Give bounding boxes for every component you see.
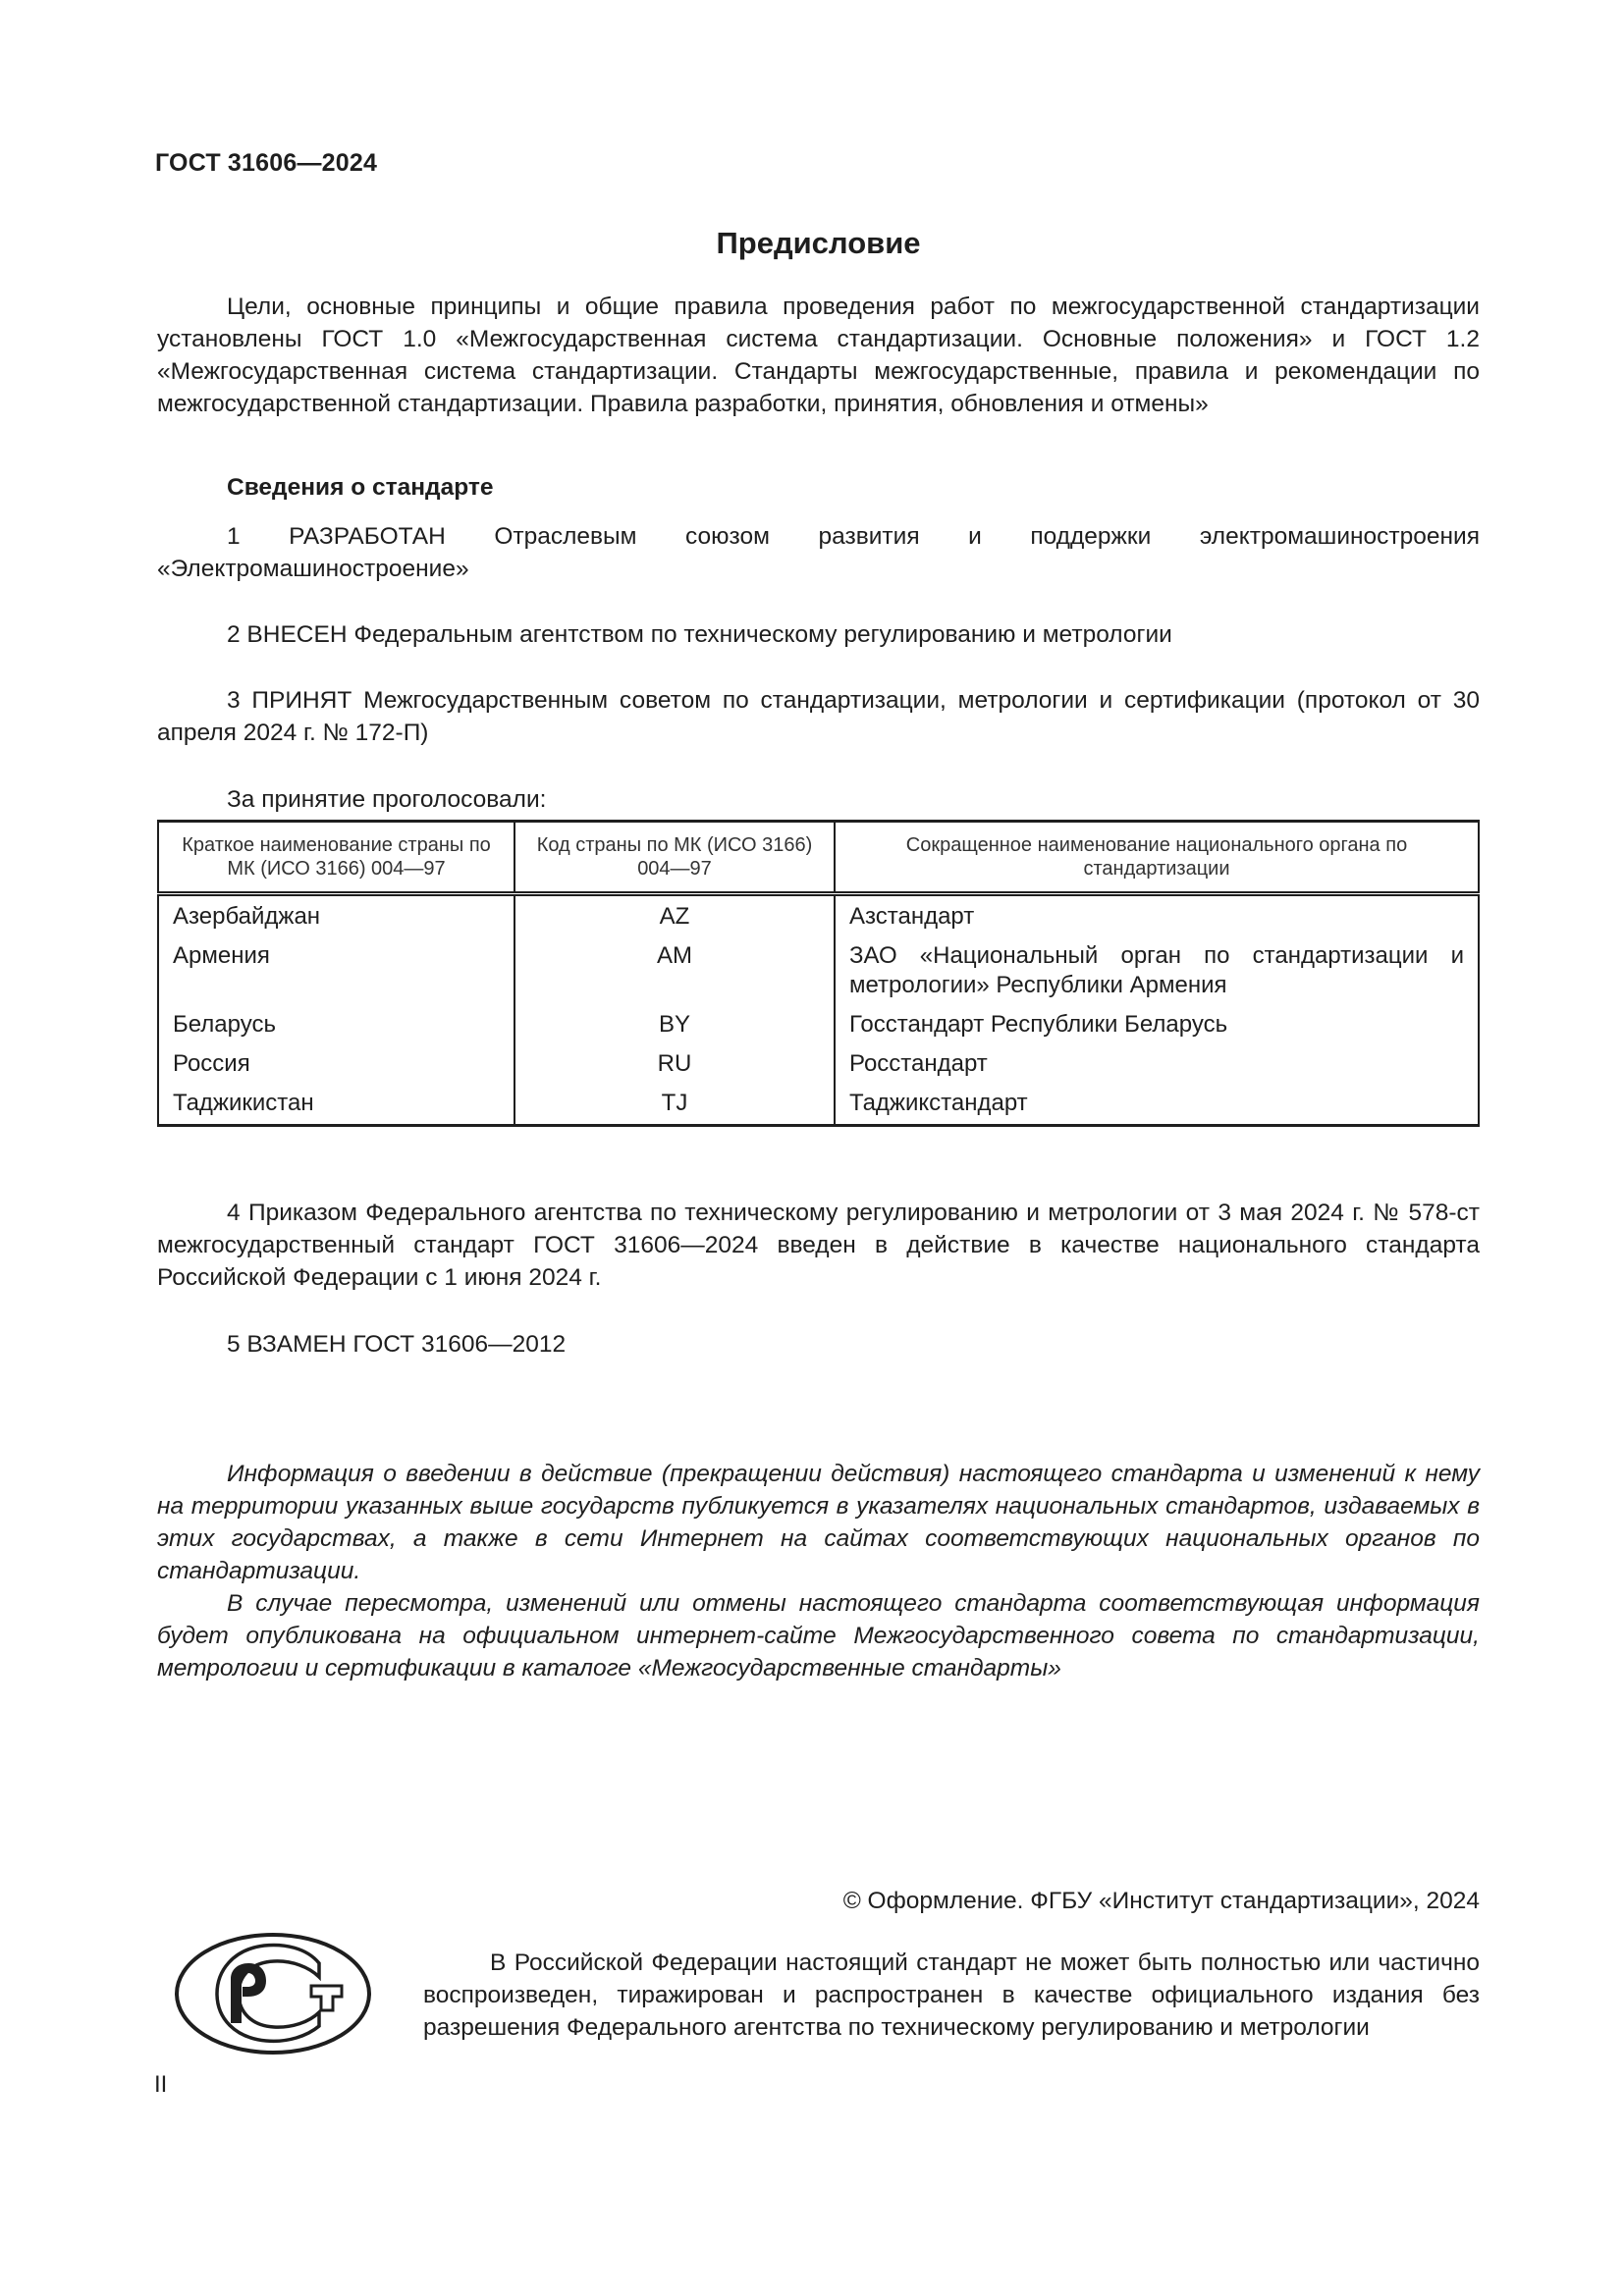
body-cell: Госстандарт Республики Беларусь: [835, 1004, 1479, 1043]
notice-paragraph-2: В случае пересмотра, изменений или отмен…: [157, 1587, 1480, 1684]
country-cell: Беларусь: [158, 1004, 514, 1043]
voting-countries-table: Краткое наименование страны по МК (ИСО 3…: [157, 820, 1480, 1127]
code-cell: AZ: [514, 894, 835, 936]
country-cell: Россия: [158, 1043, 514, 1083]
copyright-block: © Оформление. ФГБУ «Институт стандартиза…: [157, 1885, 1480, 1917]
country-cell: Армения: [158, 935, 514, 1004]
column-header-country: Краткое наименование страны по МК (ИСО 3…: [158, 822, 514, 894]
item-5-text: 5 ВЗАМЕН ГОСТ 31606—2012: [157, 1328, 1480, 1361]
country-cell: Таджикистан: [158, 1083, 514, 1126]
item-1-text: 1 РАЗРАБОТАН Отраслевым союзом развития …: [157, 520, 1480, 585]
rst-certification-mark-icon: [174, 1932, 372, 2056]
notice-paragraph-1: Информация о введении в действие (прекра…: [157, 1458, 1480, 1587]
column-header-body: Сокращенное наименование национального о…: [835, 822, 1479, 894]
section-heading: Сведения о стандарте: [157, 471, 1480, 504]
page-title: Предисловие: [157, 226, 1480, 261]
intro-paragraph: Цели, основные принципы и общие правила …: [157, 291, 1480, 420]
item-4-text: 4 Приказом Федерального агентства по тех…: [157, 1197, 1480, 1294]
body-cell: Таджикстандарт: [835, 1083, 1479, 1126]
section-heading-block: Сведения о стандарте: [157, 471, 1480, 504]
notice-block: Информация о введении в действие (прекра…: [157, 1458, 1480, 1684]
table-row: Армения AM ЗАО «Национальный орган по ст…: [158, 935, 1479, 1004]
page-number: II: [154, 2071, 167, 2099]
reproduction-notice-text: В Российской Федерации настоящий стандар…: [423, 1947, 1480, 2044]
code-cell: TJ: [514, 1083, 835, 1126]
code-cell: BY: [514, 1004, 835, 1043]
vote-label: За принятие проголосовали:: [157, 783, 1480, 816]
table-row: Беларусь BY Госстандарт Республики Белар…: [158, 1004, 1479, 1043]
intro-text: Цели, основные принципы и общие правила …: [157, 291, 1480, 420]
document-code: ГОСТ 31606—2024: [155, 149, 377, 178]
item-4: 4 Приказом Федерального агентства по тех…: [157, 1197, 1480, 1294]
item-2: 2 ВНЕСЕН Федеральным агентством по техни…: [157, 618, 1480, 651]
copyright-text: © Оформление. ФГБУ «Институт стандартиза…: [157, 1885, 1480, 1917]
vote-label-block: За принятие проголосовали:: [157, 783, 1480, 816]
code-cell: RU: [514, 1043, 835, 1083]
table-row: Азербайджан AZ Азстандарт: [158, 894, 1479, 936]
body-cell: Азстандарт: [835, 894, 1479, 936]
item-1: 1 РАЗРАБОТАН Отраслевым союзом развития …: [157, 520, 1480, 585]
code-cell: AM: [514, 935, 835, 1004]
column-header-code: Код страны по МК (ИСО 3166) 004—97: [514, 822, 835, 894]
item-5: 5 ВЗАМЕН ГОСТ 31606—2012: [157, 1328, 1480, 1361]
table-row: Россия RU Росстандарт: [158, 1043, 1479, 1083]
item-3: 3 ПРИНЯТ Межгосударственным советом по с…: [157, 684, 1480, 749]
item-2-text: 2 ВНЕСЕН Федеральным агентством по техни…: [157, 618, 1480, 651]
body-cell: Росстандарт: [835, 1043, 1479, 1083]
country-cell: Азербайджан: [158, 894, 514, 936]
item-3-text: 3 ПРИНЯТ Межгосударственным советом по с…: [157, 684, 1480, 749]
table-header-row: Краткое наименование страны по МК (ИСО 3…: [158, 822, 1479, 894]
body-cell: ЗАО «Национальный орган по стандартизаци…: [835, 935, 1479, 1004]
table-row: Таджикистан TJ Таджикстандарт: [158, 1083, 1479, 1126]
reproduction-notice-block: В Российской Федерации настоящий стандар…: [423, 1947, 1480, 2044]
